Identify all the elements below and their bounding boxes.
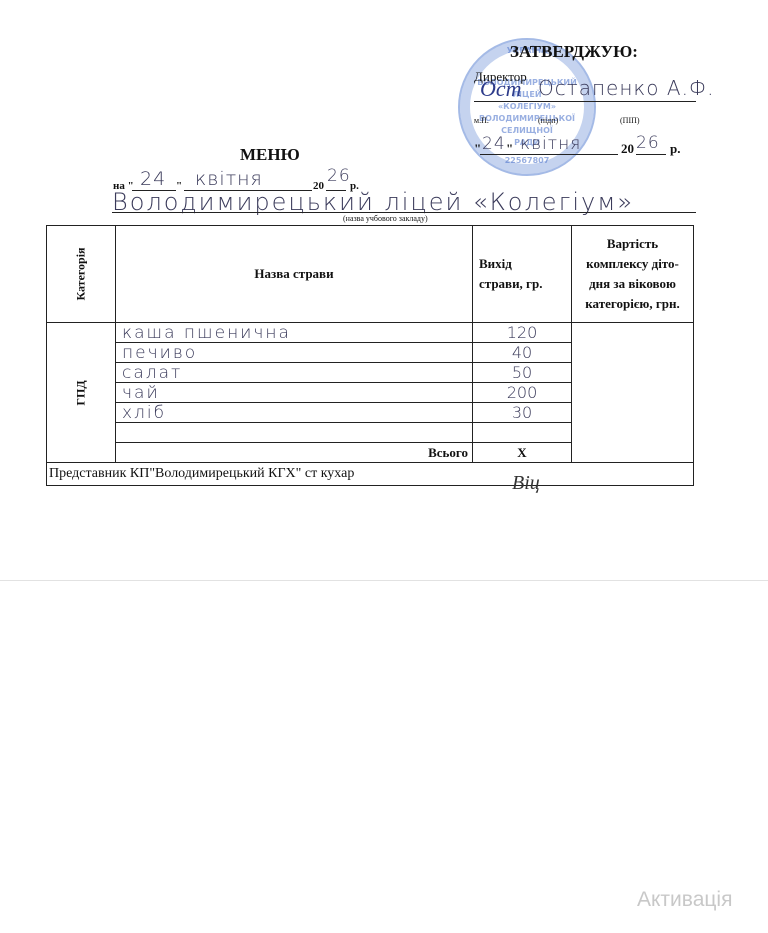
- header-output-line2: страви, гр.: [479, 274, 571, 294]
- dish-name: печиво: [116, 343, 473, 363]
- activation-watermark: Активація: [637, 888, 732, 912]
- dish-name: чай: [116, 383, 473, 403]
- signature-caption: (підп): [538, 116, 558, 125]
- stamp-place-label: м.П.: [474, 116, 489, 125]
- header-cost: Вартість комплексу діто- дня за віковою …: [572, 226, 694, 323]
- menu-title: МЕНЮ: [240, 145, 300, 165]
- header-category: Категорія: [47, 226, 116, 323]
- cost-cell: [572, 323, 694, 463]
- dish-output: 40: [473, 343, 572, 363]
- dish-output: 120: [473, 323, 572, 343]
- representative-row: Представник КП"Володимирецький КГХ" ст к…: [47, 463, 694, 486]
- header-output-line1: Вихід: [479, 254, 571, 274]
- total-value: X: [473, 443, 572, 463]
- cook-signature: Віц: [512, 472, 540, 495]
- approval-year-prefix: 20: [621, 141, 634, 157]
- school-name-caption: (назва учбового закладу): [343, 214, 428, 223]
- director-signature: Ост: [480, 76, 522, 102]
- approval-year-suffix: р.: [670, 141, 680, 157]
- approval-year-line: [636, 154, 666, 155]
- stamp-code: 22567807: [460, 156, 594, 165]
- school-name-line: [112, 212, 696, 213]
- approval-title: ЗАТВЕРДЖУЮ:: [510, 42, 638, 62]
- header-output: Вихід страви, гр.: [473, 226, 572, 323]
- total-label: Всього: [116, 443, 473, 463]
- dish-output: 30: [473, 403, 572, 423]
- header-cost-line3: дня за віковою: [572, 274, 693, 294]
- header-dish-name: Назва страви: [116, 226, 473, 323]
- category-label: ГПД: [74, 380, 89, 405]
- table-row: ГПД каша пшенична 120: [47, 323, 694, 343]
- menu-day: 24: [140, 168, 166, 190]
- header-cost-line1: Вартість: [572, 234, 693, 254]
- director-name: Остапенко А.Ф.: [538, 76, 715, 100]
- dish-output: [473, 423, 572, 443]
- stamp-line3: «КОЛЕГІУМ»: [460, 102, 594, 111]
- approval-date-line: [480, 154, 618, 155]
- dish-name: салат: [116, 363, 473, 383]
- menu-year: 26: [327, 166, 351, 186]
- header-cost-line2: комплексу діто-: [572, 254, 693, 274]
- header-cost-line4: категорією, грн.: [572, 294, 693, 314]
- menu-month: квітня: [195, 168, 263, 190]
- representative-label: Представник КП"Володимирецький КГХ" ст к…: [47, 463, 694, 486]
- full-name-caption: (ПІП): [620, 116, 640, 125]
- page-break-line: [0, 580, 768, 581]
- header-category-label: Категорія: [74, 247, 89, 300]
- dish-output: 50: [473, 363, 572, 383]
- dish-name: хліб: [116, 403, 473, 423]
- approval-year: 26: [636, 133, 660, 153]
- menu-table: Категорія Назва страви Вихід страви, гр.…: [46, 225, 694, 486]
- dish-name: [116, 423, 473, 443]
- table-header-row: Категорія Назва страви Вихід страви, гр.…: [47, 226, 694, 323]
- dish-name: каша пшенична: [116, 323, 473, 343]
- category-cell: ГПД: [47, 323, 116, 463]
- director-signature-line: [474, 101, 696, 102]
- dish-output: 200: [473, 383, 572, 403]
- approval-day: 24: [482, 134, 506, 154]
- approval-month: квітня: [520, 134, 581, 154]
